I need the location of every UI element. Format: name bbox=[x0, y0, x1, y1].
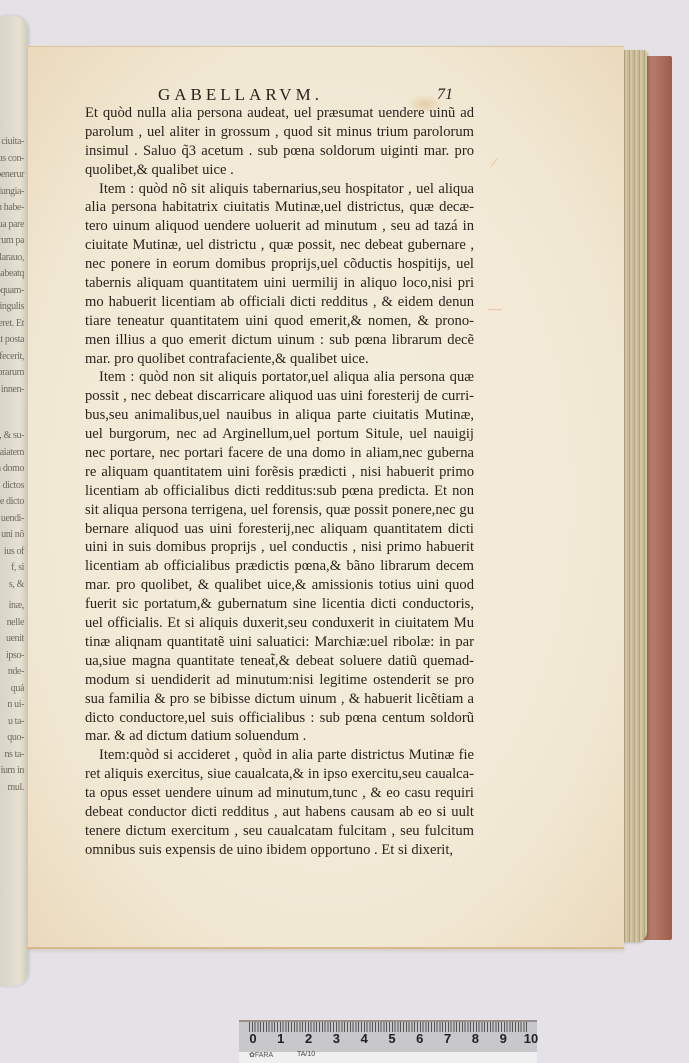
text-line: fuerit sic portatum,& gubernatum sine li… bbox=[85, 595, 474, 614]
facing-page-text-fragment: m lungia- bbox=[0, 186, 24, 197]
text-line: insimul . Saluo q̃3 acetum . sub pœna so… bbox=[85, 142, 474, 161]
facing-page-text-fragment: el innen- bbox=[0, 384, 24, 395]
facing-page-text-fragment: f, si bbox=[11, 562, 24, 573]
facing-page-text-fragment: u ta- bbox=[8, 716, 24, 727]
text-line: re aliquam quantitatem uini forẽsis præd… bbox=[85, 463, 474, 482]
facing-page-text-fragment: habeatq bbox=[0, 268, 24, 279]
facing-page-edge: in ciuita-ctibus con-ispenerurm lungia-t… bbox=[0, 16, 28, 986]
scale-ruler: 012345678910 ✿FARA TA/10 bbox=[239, 1020, 537, 1063]
facing-page-text-fragment: quo- bbox=[7, 732, 24, 743]
pencil-mark: ⁄ bbox=[493, 156, 495, 172]
text-line: sua familia & pro se bibisse dictum uinu… bbox=[85, 690, 474, 709]
facing-page-text-fragment: aberet. Et bbox=[0, 318, 24, 329]
facing-page-text-fragment: nde- bbox=[8, 666, 24, 677]
text-line: mar. & ad dictum datium soluendum . bbox=[85, 727, 474, 746]
ruler-number: 6 bbox=[416, 1031, 423, 1046]
facing-page-text-fragment: ri, & su- bbox=[0, 430, 24, 441]
ruler-number: 9 bbox=[500, 1031, 507, 1046]
text-line: ta opus esset uendere uinum ad minutum,t… bbox=[85, 784, 474, 803]
text-line: licentiam ab officialibus dicti redditus… bbox=[85, 482, 474, 501]
text-line: omnibus suis expensis de uino ibidem opp… bbox=[85, 841, 474, 860]
facing-page-text-fragment: in domo bbox=[0, 463, 24, 474]
text-line: Item:quòd si accideret , quòd in alia pa… bbox=[85, 746, 474, 765]
text-line: bernare aliquod uas uini foresterij,nec … bbox=[85, 520, 474, 539]
ruler-number: 10 bbox=[524, 1031, 538, 1046]
ruler-model: TA/10 bbox=[297, 1051, 315, 1058]
text-line: alia persona habitatrix ciuitatis Mutinæ… bbox=[85, 198, 474, 217]
ruler-scale: 012345678910 bbox=[239, 1020, 537, 1052]
facing-page-text-fragment: ntraiatem bbox=[0, 447, 24, 458]
text-line: Et quòd nulla alia persona audeat, uel p… bbox=[85, 104, 474, 123]
ruler-number: 1 bbox=[277, 1031, 284, 1046]
ruler-number: 0 bbox=[249, 1031, 256, 1046]
facing-page-text-fragment: eclarauo, bbox=[0, 252, 24, 263]
text-line: men illius a quo emerit dictum uinum : s… bbox=[85, 331, 474, 350]
running-head: GABELLARVM. bbox=[158, 85, 323, 105]
text-line: bus,seu animalibus,uel nauibus in aliqua… bbox=[85, 406, 474, 425]
text-line: tinæ aliqnam quantitatẽ uini saluatici: … bbox=[85, 633, 474, 652]
facing-page-text-fragment: de dicto bbox=[0, 496, 24, 507]
text-line: sit aliqua persona terrigena, uel forens… bbox=[85, 501, 474, 520]
facing-page-text-fragment: ium in bbox=[1, 765, 24, 776]
facing-page-text-fragment: ius of bbox=[4, 546, 24, 557]
text-line: modum si uendiderit ad minutum:nisi legi… bbox=[85, 671, 474, 690]
facing-page-text-fragment: uendi- bbox=[1, 513, 24, 524]
text-line: Item : quòd non sit aliquis portator,uel… bbox=[85, 368, 474, 387]
facing-page-text-fragment: dictos bbox=[3, 480, 25, 491]
text-line: nec ponere in eorum domibus proprijs,uel… bbox=[85, 255, 474, 274]
facing-page-text-fragment: in ciuita- bbox=[0, 136, 24, 147]
facing-page-text-fragment: de singulis bbox=[0, 301, 24, 312]
facing-page-text-fragment: uni nõ bbox=[1, 529, 24, 540]
text-line: tiare teneatur quantitatem uini quod eme… bbox=[85, 312, 474, 331]
body-text: Et quòd nulla alia persona audeat, uel p… bbox=[85, 104, 474, 860]
ruler-number: 7 bbox=[444, 1031, 451, 1046]
facing-page-text-fragment: ctibus con- bbox=[0, 153, 24, 164]
text-line: parolum , uel aliter in grossum , quod s… bbox=[85, 123, 474, 142]
facing-page-text-fragment: librarum bbox=[0, 367, 24, 378]
text-line: licentiam ab officialibus prædictis pœna… bbox=[85, 557, 474, 576]
ruler-number: 4 bbox=[361, 1031, 368, 1046]
facing-page-text-fragment: uenit bbox=[6, 633, 24, 644]
text-line: ua,siue magna quantitate teneat̃,& debea… bbox=[85, 652, 474, 671]
text-line: mar. pro quolibet contrafaciente,& quali… bbox=[85, 350, 474, 369]
text-line: tabernis aliquam quantitatem uini uermil… bbox=[85, 274, 474, 293]
text-line: dicto conductore,uel suis officialibus :… bbox=[85, 709, 474, 728]
facing-page-text-fragment: nelle bbox=[7, 617, 24, 628]
text-line: ret aliquis exercitus, siue caualcata,& … bbox=[85, 765, 474, 784]
text-line: uini in suis domibus proprijs , uel cond… bbox=[85, 538, 474, 557]
ruler-number: 8 bbox=[472, 1031, 479, 1046]
text-line: Item : quòd nõ sit aliquis tabernarius,s… bbox=[85, 180, 474, 199]
ruler-number: 5 bbox=[388, 1031, 395, 1046]
ruler-number: 3 bbox=[333, 1031, 340, 1046]
facing-page-text-fragment: ispenerur bbox=[0, 169, 24, 180]
facing-page-text-fragment: m fecerit, bbox=[0, 351, 24, 362]
facing-page-text-fragment: ent posta bbox=[0, 334, 24, 345]
facing-page-text-fragment: inæ, bbox=[9, 600, 24, 611]
text-line: tenere dictum exercitum , seu caualcatam… bbox=[85, 822, 474, 841]
text-line: uel burgorum, nec ad Arginellum,uel port… bbox=[85, 425, 474, 444]
text-line: ciuitate Mutinæ, uel districtu , quæ pos… bbox=[85, 236, 474, 255]
text-line: nec portare, nec portari facere de una d… bbox=[85, 444, 474, 463]
text-line: mar. pro quolibet, & qualibet uice,& ami… bbox=[85, 576, 474, 595]
facing-page-text-fragment: liqua pare bbox=[0, 219, 24, 230]
ruler-numbers: 012345678910 bbox=[245, 1031, 535, 1049]
page-number: 71 bbox=[437, 86, 453, 104]
text-line: tero uinum aliquod uendere uoluerit ad m… bbox=[85, 217, 474, 236]
facing-page-text-fragment: ipso- bbox=[6, 650, 24, 661]
pencil-mark: — bbox=[488, 302, 502, 318]
facing-page-text-fragment: ntoquam- bbox=[0, 285, 24, 296]
facing-page-text-fragment: teterum pa bbox=[0, 235, 24, 246]
ruler-brand: ✿FARA bbox=[249, 1051, 273, 1059]
text-line: mo habuerit licentiam ab officiali dicti… bbox=[85, 293, 474, 312]
facing-page-text-fragment: quá bbox=[11, 683, 24, 694]
facing-page-text-fragment: tum habe- bbox=[0, 202, 24, 213]
facing-page-text-fragment: mul. bbox=[8, 782, 24, 793]
facing-page-text-fragment: s, & bbox=[9, 579, 24, 590]
text-line: possit , nec debeat discarricare aliquod… bbox=[85, 387, 474, 406]
text-line: uel officialis. Et si aliquis duxerit,se… bbox=[85, 614, 474, 633]
facing-page-text-fragment: ns ta- bbox=[4, 749, 24, 760]
text-line: quolibet,& qualibet uice . bbox=[85, 161, 474, 180]
ruler-number: 2 bbox=[305, 1031, 312, 1046]
text-line: debeat conductor dicti redditus , aut ha… bbox=[85, 803, 474, 822]
facing-page-text-fragment: n ui- bbox=[7, 699, 24, 710]
